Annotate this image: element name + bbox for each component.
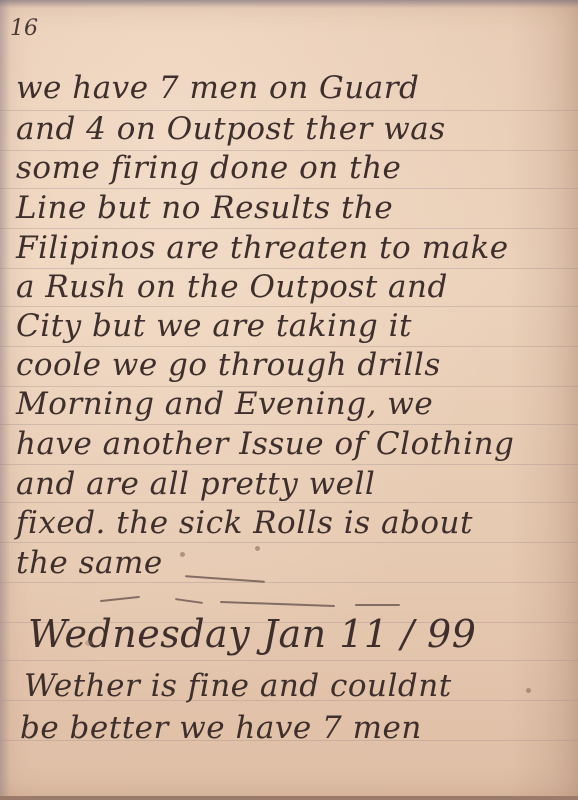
page-number: 16 [10, 16, 38, 41]
page-bottom-edge [0, 796, 578, 800]
entry-line: we have 7 men on Guard [16, 70, 419, 106]
entry-line: a Rush on the Outpost and [16, 269, 448, 305]
diary-page: 16 we have 7 men on Guard and 4 on Outpo… [0, 0, 578, 800]
ruled-line [0, 424, 578, 425]
entry-line: City but we are taking it [16, 308, 412, 344]
page-left-shadow [0, 0, 10, 800]
entry-line: have another Issue of Clothing [16, 426, 514, 462]
ruled-line [0, 228, 578, 229]
separator-stroke [355, 604, 400, 606]
entry-line: coole we go through drills [16, 347, 441, 383]
entry-line: be better we have 7 men [20, 710, 422, 746]
entry-line: Line but no Results the [16, 190, 393, 226]
separator-stroke [100, 596, 140, 602]
entry-date-heading: Wednesday Jan 11 / 99 [28, 612, 476, 656]
ruled-line [0, 542, 578, 543]
page-top-shadow [0, 0, 578, 8]
entry-line: and 4 on Outpost ther was [16, 111, 446, 147]
entry-line: Morning and Evening, we [16, 386, 433, 422]
separator-stroke [220, 601, 335, 607]
ruled-line [0, 188, 578, 189]
separator-stroke [175, 598, 203, 604]
ruled-line [0, 502, 578, 503]
entry-line: Filipinos are threaten to make [16, 230, 509, 266]
entry-line: the same [16, 545, 163, 581]
ruled-line [0, 306, 578, 307]
ruled-line [0, 582, 578, 583]
entry-line: fixed. the sick Rolls is about [16, 505, 473, 541]
ink-stain [85, 640, 93, 646]
ruled-line [0, 464, 578, 465]
ink-spot [180, 552, 185, 557]
entry-line: and are all pretty well [16, 466, 375, 502]
ruled-line [0, 660, 578, 661]
ink-spot [255, 546, 260, 551]
entry-line: Wether is fine and couldnt [24, 668, 452, 704]
ink-spot [526, 688, 531, 693]
entry-line: some firing done on the [16, 150, 401, 186]
